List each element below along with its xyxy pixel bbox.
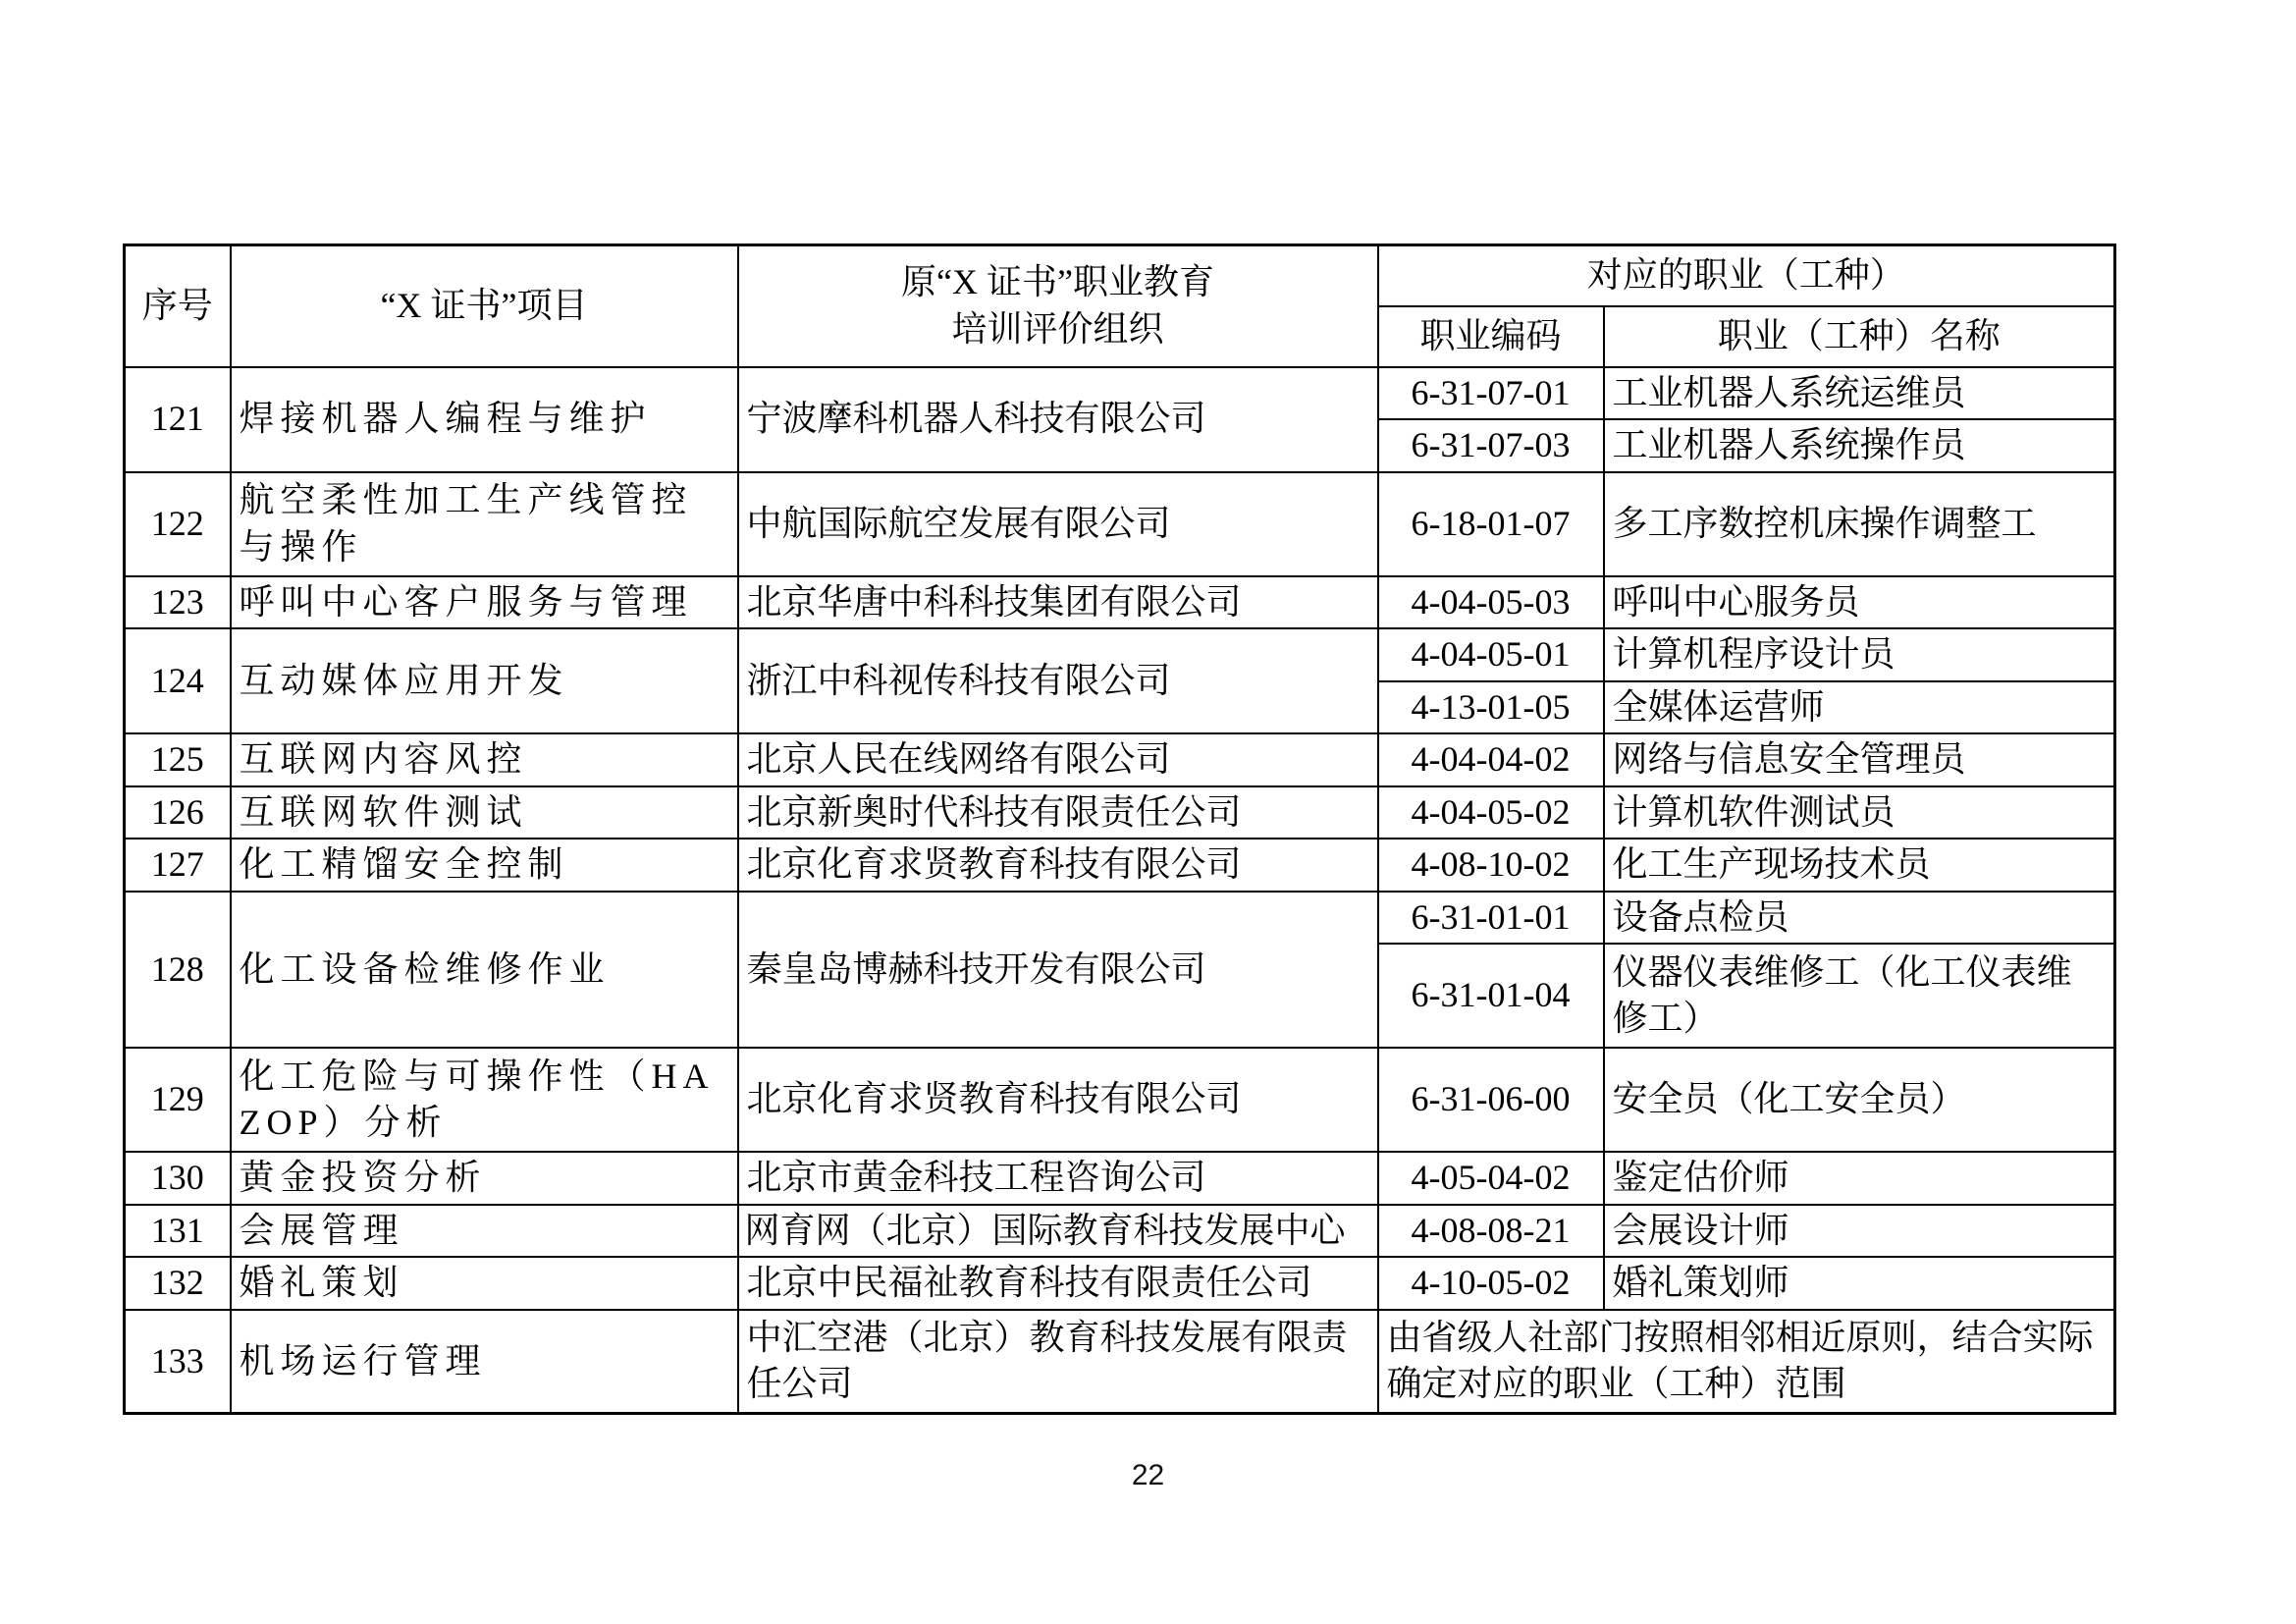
code-cell: 4-10-05-02 bbox=[1378, 1257, 1604, 1310]
name-cell: 安全员（化工安全员） bbox=[1604, 1048, 2115, 1152]
org-cell: 浙江中科视传科技有限公司 bbox=[738, 628, 1378, 733]
header-project: “X 证书”项目 bbox=[231, 245, 738, 367]
table-row: 132 婚礼策划 北京中民福祉教育科技有限责任公司 4-10-05-02 婚礼策… bbox=[125, 1257, 2115, 1310]
code-cell: 6-31-07-03 bbox=[1378, 419, 1604, 472]
table-row: 123 呼叫中心客户服务与管理 北京华唐中科科技集团有限公司 4-04-05-0… bbox=[125, 576, 2115, 629]
code-cell: 6-31-01-01 bbox=[1378, 892, 1604, 945]
name-cell: 网络与信息安全管理员 bbox=[1604, 733, 2115, 786]
table-row: 131 会展管理 网育网（北京）国际教育科技发展中心 4-08-08-21 会展… bbox=[125, 1205, 2115, 1258]
code-cell: 6-18-01-07 bbox=[1378, 472, 1604, 576]
org-cell: 北京化育求贤教育科技有限公司 bbox=[738, 839, 1378, 892]
project-cell: 互联网内容风控 bbox=[231, 733, 738, 786]
project-cell: 黄金投资分析 bbox=[231, 1152, 738, 1205]
project-cell: 互联网软件测试 bbox=[231, 786, 738, 839]
org-cell: 网育网（北京）国际教育科技发展中心 bbox=[738, 1205, 1378, 1258]
name-cell: 计算机程序设计员 bbox=[1604, 628, 2115, 681]
org-cell: 北京华唐中科科技集团有限公司 bbox=[738, 576, 1378, 629]
code-cell: 4-04-04-02 bbox=[1378, 733, 1604, 786]
header-code: 职业编码 bbox=[1378, 306, 1604, 367]
project-cell: 化工精馏安全控制 bbox=[231, 839, 738, 892]
org-cell: 北京化育求贤教育科技有限公司 bbox=[738, 1048, 1378, 1152]
table-row: 126 互联网软件测试 北京新奥时代科技有限责任公司 4-04-05-02 计算… bbox=[125, 786, 2115, 839]
org-cell: 北京新奥时代科技有限责任公司 bbox=[738, 786, 1378, 839]
serial-cell: 126 bbox=[125, 786, 231, 839]
table-row: 122 航空柔性加工生产线管控与操作 中航国际航空发展有限公司 6-18-01-… bbox=[125, 472, 2115, 576]
code-cell: 4-04-05-01 bbox=[1378, 628, 1604, 681]
table-row: 133 机场运行管理 中汇空港（北京）教育科技发展有限责任公司 由省级人社部门按… bbox=[125, 1310, 2115, 1414]
name-cell: 全媒体运营师 bbox=[1604, 681, 2115, 734]
code-cell: 4-04-05-03 bbox=[1378, 576, 1604, 629]
serial-cell: 122 bbox=[125, 472, 231, 576]
name-cell: 工业机器人系统操作员 bbox=[1604, 419, 2115, 472]
project-cell: 化工设备检维修作业 bbox=[231, 892, 738, 1049]
project-cell: 化工危险与可操作性（HAZOP）分析 bbox=[231, 1048, 738, 1152]
table-row: 125 互联网内容风控 北京人民在线网络有限公司 4-04-04-02 网络与信… bbox=[125, 733, 2115, 786]
code-cell: 4-13-01-05 bbox=[1378, 681, 1604, 734]
name-cell: 工业机器人系统运维员 bbox=[1604, 367, 2115, 420]
name-cell: 鉴定估价师 bbox=[1604, 1152, 2115, 1205]
code-cell: 6-31-06-00 bbox=[1378, 1048, 1604, 1152]
org-cell: 秦皇岛博赫科技开发有限公司 bbox=[738, 892, 1378, 1049]
name-cell: 呼叫中心服务员 bbox=[1604, 576, 2115, 629]
org-cell: 中航国际航空发展有限公司 bbox=[738, 472, 1378, 576]
note-cell: 由省级人社部门按照相邻相近原则，结合实际确定对应的职业（工种）范围 bbox=[1378, 1310, 2115, 1414]
name-cell: 计算机软件测试员 bbox=[1604, 786, 2115, 839]
table-header-row-1: 序号 “X 证书”项目 原“X 证书”职业教育 培训评价组织 对应的职业（工种） bbox=[125, 245, 2115, 306]
certificate-occupation-table: 序号 “X 证书”项目 原“X 证书”职业教育 培训评价组织 对应的职业（工种）… bbox=[123, 244, 2116, 1415]
serial-cell: 130 bbox=[125, 1152, 231, 1205]
serial-cell: 124 bbox=[125, 628, 231, 733]
org-cell: 北京市黄金科技工程咨询公司 bbox=[738, 1152, 1378, 1205]
header-serial: 序号 bbox=[125, 245, 231, 367]
serial-cell: 133 bbox=[125, 1310, 231, 1414]
table-row: 127 化工精馏安全控制 北京化育求贤教育科技有限公司 4-08-10-02 化… bbox=[125, 839, 2115, 892]
name-cell: 设备点检员 bbox=[1604, 892, 2115, 945]
serial-cell: 128 bbox=[125, 892, 231, 1049]
page-number: 22 bbox=[0, 1459, 2296, 1492]
table-row: 128 化工设备检维修作业 秦皇岛博赫科技开发有限公司 6-31-01-01 设… bbox=[125, 892, 2115, 945]
org-cell: 北京中民福祉教育科技有限责任公司 bbox=[738, 1257, 1378, 1310]
name-cell: 婚礼策划师 bbox=[1604, 1257, 2115, 1310]
code-cell: 4-04-05-02 bbox=[1378, 786, 1604, 839]
name-cell: 会展设计师 bbox=[1604, 1205, 2115, 1258]
header-org: 原“X 证书”职业教育 培训评价组织 bbox=[738, 245, 1378, 367]
project-cell: 会展管理 bbox=[231, 1205, 738, 1258]
org-cell: 中汇空港（北京）教育科技发展有限责任公司 bbox=[738, 1310, 1378, 1414]
code-cell: 4-05-04-02 bbox=[1378, 1152, 1604, 1205]
serial-cell: 127 bbox=[125, 839, 231, 892]
code-cell: 4-08-08-21 bbox=[1378, 1205, 1604, 1258]
header-org-line1: 原“X 证书”职业教育 bbox=[747, 259, 1369, 306]
serial-cell: 129 bbox=[125, 1048, 231, 1152]
serial-cell: 123 bbox=[125, 576, 231, 629]
table-row: 124 互动媒体应用开发 浙江中科视传科技有限公司 4-04-05-01 计算机… bbox=[125, 628, 2115, 681]
document-page: 序号 “X 证书”项目 原“X 证书”职业教育 培训评价组织 对应的职业（工种）… bbox=[0, 0, 2296, 1624]
project-cell: 航空柔性加工生产线管控与操作 bbox=[231, 472, 738, 576]
serial-cell: 121 bbox=[125, 367, 231, 472]
name-cell: 仪器仪表维修工（化工仪表维修工） bbox=[1604, 944, 2115, 1048]
project-cell: 婚礼策划 bbox=[231, 1257, 738, 1310]
project-cell: 焊接机器人编程与维护 bbox=[231, 367, 738, 472]
header-name: 职业（工种）名称 bbox=[1604, 306, 2115, 367]
table-row: 129 化工危险与可操作性（HAZOP）分析 北京化育求贤教育科技有限公司 6-… bbox=[125, 1048, 2115, 1152]
project-cell: 互动媒体应用开发 bbox=[231, 628, 738, 733]
code-cell: 4-08-10-02 bbox=[1378, 839, 1604, 892]
table-row: 130 黄金投资分析 北京市黄金科技工程咨询公司 4-05-04-02 鉴定估价… bbox=[125, 1152, 2115, 1205]
header-occupation-group: 对应的职业（工种） bbox=[1378, 245, 2115, 306]
name-cell: 多工序数控机床操作调整工 bbox=[1604, 472, 2115, 576]
project-cell: 机场运行管理 bbox=[231, 1310, 738, 1414]
header-org-line2: 培训评价组织 bbox=[747, 306, 1369, 353]
serial-cell: 131 bbox=[125, 1205, 231, 1258]
serial-cell: 132 bbox=[125, 1257, 231, 1310]
serial-cell: 125 bbox=[125, 733, 231, 786]
name-cell: 化工生产现场技术员 bbox=[1604, 839, 2115, 892]
table-row: 121 焊接机器人编程与维护 宁波摩科机器人科技有限公司 6-31-07-01 … bbox=[125, 367, 2115, 420]
project-cell: 呼叫中心客户服务与管理 bbox=[231, 576, 738, 629]
org-cell: 北京人民在线网络有限公司 bbox=[738, 733, 1378, 786]
code-cell: 6-31-01-04 bbox=[1378, 944, 1604, 1048]
org-cell: 宁波摩科机器人科技有限公司 bbox=[738, 367, 1378, 472]
code-cell: 6-31-07-01 bbox=[1378, 367, 1604, 420]
